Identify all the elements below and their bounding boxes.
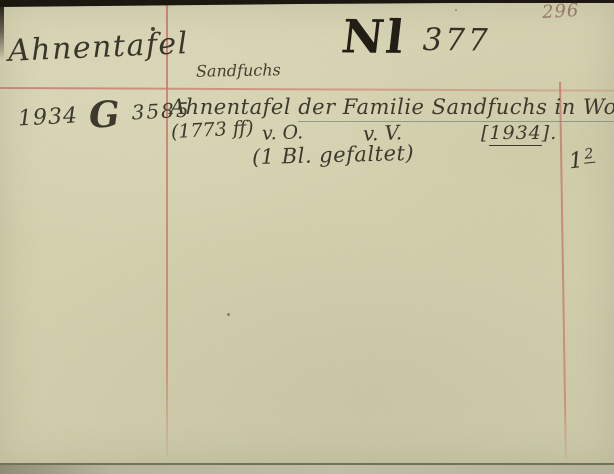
title-lead: Ahnentafel	[170, 95, 298, 119]
accession-letter: G	[88, 93, 122, 137]
title-underlined: der Familie Sandfuchs in Wolfach.	[298, 95, 614, 122]
copy-mark-base: 1	[568, 148, 585, 174]
left-vertical-red-rule	[166, 3, 168, 457]
annotation-1: v. O.	[262, 121, 304, 144]
bracketed-year: [1934].	[481, 122, 557, 144]
copy-mark-superscript: 2	[583, 146, 596, 164]
shelfmark: Nl 377	[342, 9, 491, 64]
shelfmark-prefix: Nl	[339, 9, 409, 64]
catalog-card	[0, 3, 614, 465]
extent-note: (1 Bl. gefaltet)	[252, 141, 415, 169]
ink-speck	[151, 27, 155, 31]
accession-year: 1934	[17, 103, 78, 131]
date-range: (1773 ff)	[170, 117, 254, 143]
year-bracket-close: ].	[542, 122, 557, 144]
title-line: Ahnentafel der Familie Sandfuchs in Wolf…	[170, 95, 614, 119]
scan-left-edge	[0, 0, 4, 60]
year-value: 1934	[489, 122, 541, 146]
ink-speck	[227, 313, 230, 316]
shelfmark-number: 377	[422, 22, 490, 59]
family-name-header: Sandfuchs	[196, 60, 281, 80]
copy-mark: 12	[568, 146, 596, 175]
card-bottom-edge	[0, 463, 614, 474]
ink-speck	[455, 9, 457, 11]
page-number: 296	[541, 0, 579, 23]
catalog-card-scan: 296 Nl 377 Ahnentafel 1934 G 3585 Sandfu…	[0, 0, 614, 474]
